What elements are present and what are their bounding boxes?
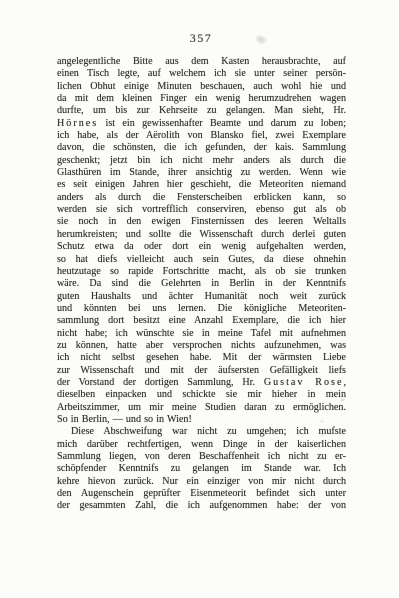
text-line: Schutz etwa da oder dort ein wenig aufge… (57, 241, 346, 253)
text-line: so hat diefs vielleicht auch sein Gutes,… (57, 254, 346, 266)
text-line: sie noch in den ewigen Finsternissen des… (57, 216, 346, 228)
text-line: dieselben einpacken und schickte sie mir… (57, 389, 346, 401)
text-line: lichen Obhut einige Minuten beschauen, a… (57, 81, 346, 93)
text-line: der gesammten Zahl, die ich aufgenommen … (57, 500, 346, 512)
text-line: einen Tisch legte, auf welchem ich sie u… (57, 68, 346, 80)
text-line: kehre hievon zurück. Nur ein einziger vo… (57, 476, 346, 488)
text-line: Sammlung liegen, von deren Beschaffenhei… (57, 451, 346, 463)
text-line: ich nicht selbst gesehen habe. Mit der w… (57, 352, 346, 364)
text-line: zu können, hatte aber versprochen nichts… (57, 340, 346, 352)
text-line: werden sie sich vortrefflich conserviren… (57, 204, 346, 216)
text-line: angelegentliche Bitte aus dem Kasten her… (57, 56, 346, 68)
text-line: wäre. Da sind die Gelehrten in Berlin in… (57, 278, 346, 290)
text-line: anders als durch die Fensterscheiben erb… (57, 192, 346, 204)
letterspaced-name: Hörnes (57, 118, 98, 129)
text-line: zur Wissenschaft und mit der äufsersten … (57, 365, 346, 377)
text-line: mich darüber rechtfertigen, wenn Dinge i… (57, 439, 346, 451)
text-line: Glasthüren im Stande, ihrer ansichtig zu… (57, 167, 346, 179)
text-line: Arbeitszimmer, um mir meine Studien dara… (57, 402, 346, 414)
letterspaced-name: Gustav Rose (264, 377, 344, 388)
text-line: und könnten bei uns lernen. Die königlic… (57, 303, 346, 315)
text-line: da mit dem kleinen Finger ein wenig heru… (57, 93, 346, 105)
text-line: ich habe, als der Aërolith von Blansko f… (57, 130, 346, 142)
scanned-book-page: 357 angelegentliche Bitte aus dem Kasten… (0, 0, 399, 598)
text-line: es seit einigen Jahren hier geschieht, d… (57, 179, 346, 191)
text-line: durfte, um bis zur Kehrseite zu gelangen… (57, 105, 346, 117)
text-line: heutzutage so rapide Fortschritte macht,… (57, 266, 346, 278)
text-line: So in Berlin, — und so in Wien! (57, 414, 346, 426)
text-line: der Vorstand der dortigen Sammlung, Hr. … (57, 377, 346, 389)
text-line: den Augenschein geprüfter Eisenmeteorit … (57, 488, 346, 500)
text-line: guten Haushalts und ächter Humanität noc… (57, 291, 346, 303)
text-line: schöpfender Kenntnifs zu gelangen im Sta… (57, 463, 346, 475)
text-line: davon, die schönsten, die ich gefunden, … (57, 142, 346, 154)
text-line: Diese Abschweifung war nicht zu umgehen;… (57, 426, 346, 438)
body-text: angelegentliche Bitte aus dem Kasten her… (57, 56, 346, 513)
text-line: Hörnes ist ein gewissenhafter Beamte und… (57, 118, 346, 130)
text-line: herumkreisten; und sollte die Wissenscha… (57, 229, 346, 241)
text-line: nicht habe; ich wünschte sie in meine Ta… (57, 328, 346, 340)
page-number: 357 (57, 31, 345, 46)
text-line: geschenkt; jetzt bin ich nicht mehr ande… (57, 155, 346, 167)
text-line: sammlung dort besitzt eine Anzahl Exempl… (57, 315, 346, 327)
